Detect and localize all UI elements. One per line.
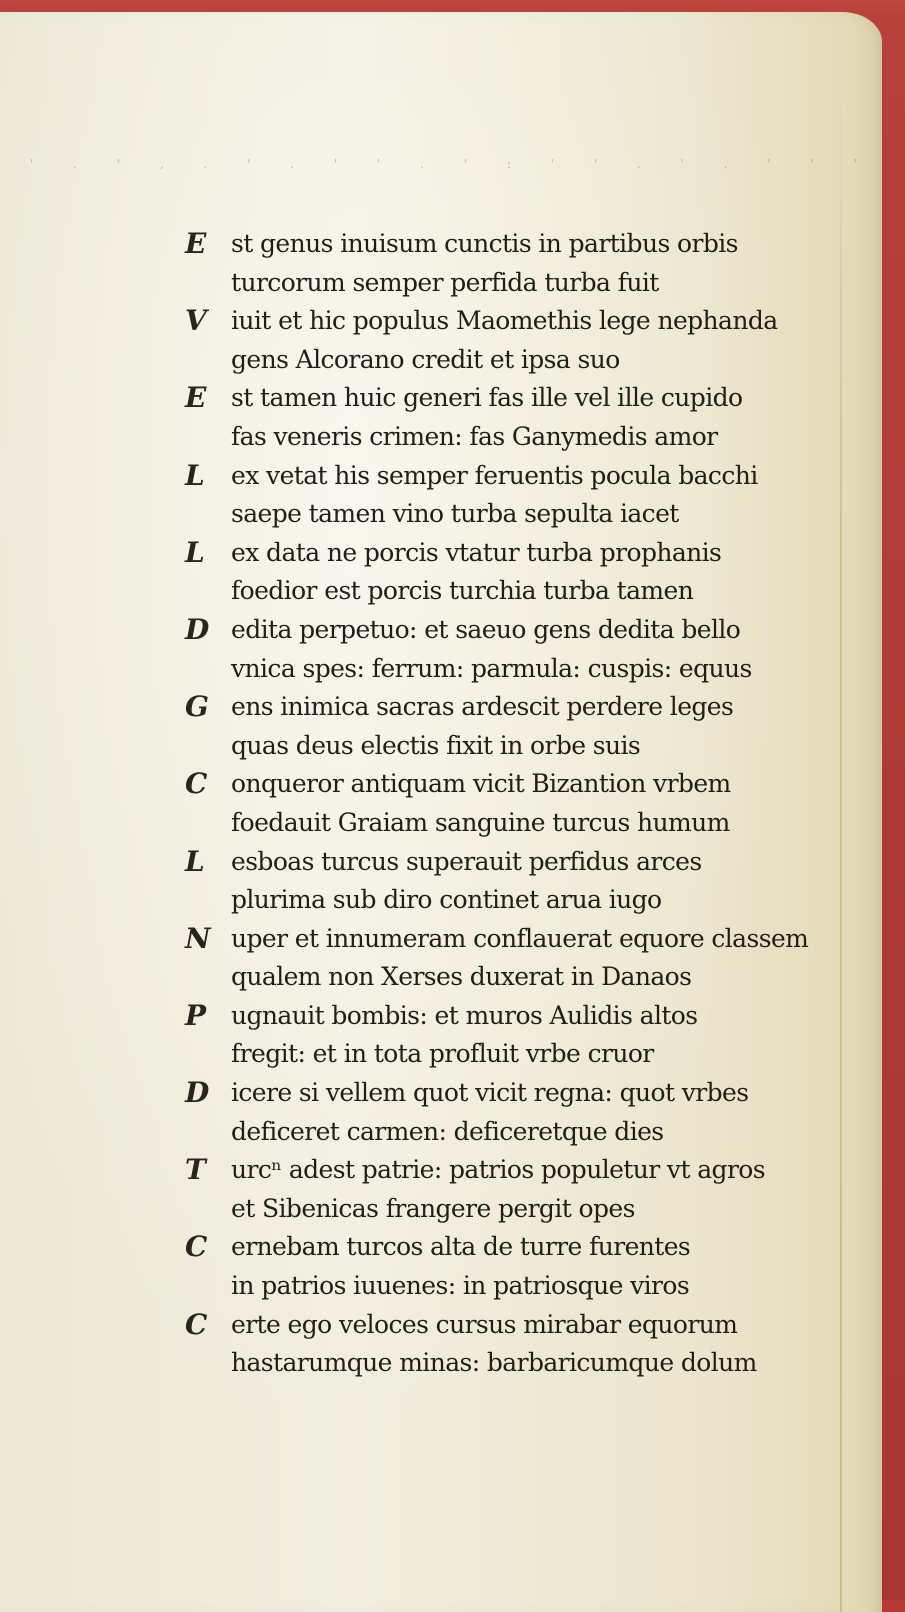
verse-text: vnica spes: ferrum: parmula: cuspis: equ… bbox=[231, 650, 752, 689]
verse-text: st tamen huic generi fas ille vel ille c… bbox=[231, 379, 742, 418]
initial-letter: N bbox=[185, 920, 225, 959]
initial-letter: P bbox=[185, 997, 225, 1036]
verse-text: qualem non Xerses duxerat in Danaos bbox=[231, 958, 691, 997]
verse-line-pentameter: saepe tamen vino turba sepulta iacet bbox=[185, 495, 825, 534]
verse-line-pentameter: turcorum semper perfida turba fuit bbox=[185, 264, 825, 303]
verse-line-pentameter: plurima sub diro continet arua iugo bbox=[185, 881, 825, 920]
verse-block: Est genus inuisum cunctis in partibus or… bbox=[185, 225, 825, 1383]
page-edge-shadow bbox=[840, 72, 842, 1600]
verse-text: iuit et hic populus Maomethis lege nepha… bbox=[231, 302, 778, 341]
verse-line-hexameter: Lesboas turcus superauit perfidus arces bbox=[185, 843, 825, 882]
verse-text: ernebam turcos alta de turre furentes bbox=[231, 1228, 690, 1267]
verse-line-hexameter: Est genus inuisum cunctis in partibus or… bbox=[185, 225, 825, 264]
verse-text: saepe tamen vino turba sepulta iacet bbox=[231, 495, 679, 534]
verse-text: deficeret carmen: deficeretque dies bbox=[231, 1113, 664, 1152]
verse-text: erte ego veloces cursus mirabar equorum bbox=[231, 1306, 737, 1345]
verse-text: ens inimica sacras ardescit perdere lege… bbox=[231, 688, 733, 727]
verse-text: st genus inuisum cunctis in partibus orb… bbox=[231, 225, 738, 264]
verse-line-hexameter: Pugnauit bombis: et muros Aulidis altos bbox=[185, 997, 825, 1036]
verse-text: icere si vellem quot vicit regna: quot v… bbox=[231, 1074, 748, 1113]
verse-line-hexameter: Dicere si vellem quot vicit regna: quot … bbox=[185, 1074, 825, 1113]
verse-text: gens Alcorano credit et ipsa suo bbox=[231, 341, 620, 380]
verse-text: plurima sub diro continet arua iugo bbox=[231, 881, 661, 920]
verse-text: fas veneris crimen: fas Ganymedis amor bbox=[231, 418, 718, 457]
verse-line-pentameter: foedior est porcis turchia turba tamen bbox=[185, 572, 825, 611]
verse-text: foedauit Graiam sanguine turcus humum bbox=[231, 804, 730, 843]
verse-text: onqueror antiquam vicit Bizantion vrbem bbox=[231, 765, 731, 804]
verse-line-hexameter: Nuper et innumeram conflauerat equore cl… bbox=[185, 920, 825, 959]
verse-text: ugnauit bombis: et muros Aulidis altos bbox=[231, 997, 697, 1036]
verse-line-pentameter: foedauit Graiam sanguine turcus humum bbox=[185, 804, 825, 843]
verse-line-hexameter: Certe ego veloces cursus mirabar equorum bbox=[185, 1306, 825, 1345]
initial-letter: C bbox=[185, 765, 225, 804]
initial-letter: L bbox=[185, 534, 225, 573]
initial-letter: D bbox=[185, 1074, 225, 1113]
verse-text: edita perpetuo: et saeuo gens dedita bel… bbox=[231, 611, 740, 650]
verse-line-pentameter: vnica spes: ferrum: parmula: cuspis: equ… bbox=[185, 650, 825, 689]
verse-line-hexameter: Turcⁿ adest patrie: patrios populetur vt… bbox=[185, 1151, 825, 1190]
verse-line-hexameter: Est tamen huic generi fas ille vel ille … bbox=[185, 379, 825, 418]
verse-text: urcⁿ adest patrie: patrios populetur vt … bbox=[231, 1151, 765, 1190]
initial-letter: E bbox=[185, 379, 225, 418]
initial-letter: V bbox=[185, 302, 225, 341]
verse-line-hexameter: Lex data ne porcis vtatur turba prophani… bbox=[185, 534, 825, 573]
verse-line-pentameter: in patrios iuuenes: in patriosque viros bbox=[185, 1267, 825, 1306]
initial-letter: L bbox=[185, 457, 225, 496]
verse-text: quas deus electis fixit in orbe suis bbox=[231, 727, 640, 766]
verse-text: in patrios iuuenes: in patriosque viros bbox=[231, 1267, 689, 1306]
verse-line-pentameter: fas veneris crimen: fas Ganymedis amor bbox=[185, 418, 825, 457]
initial-letter: C bbox=[185, 1306, 225, 1345]
verse-line-hexameter: Conqueror antiquam vicit Bizantion vrbem bbox=[185, 765, 825, 804]
show-through-marks: ' . ' , . ' . ' ' . ' : ' ' . ' . ' ' ' bbox=[30, 157, 860, 197]
verse-text: et Sibenicas frangere pergit opes bbox=[231, 1190, 635, 1229]
initial-letter: T bbox=[185, 1151, 225, 1190]
verse-text: esboas turcus superauit perfidus arces bbox=[231, 843, 702, 882]
verse-line-pentameter: hastarumque minas: barbaricumque dolum bbox=[185, 1344, 825, 1383]
verse-text: uper et innumeram conflauerat equore cla… bbox=[231, 920, 808, 959]
initial-letter: L bbox=[185, 843, 225, 882]
verse-text: foedior est porcis turchia turba tamen bbox=[231, 572, 693, 611]
verse-line-pentameter: qualem non Xerses duxerat in Danaos bbox=[185, 958, 825, 997]
verse-line-pentameter: fregit: et in tota profluit vrbe cruor bbox=[185, 1035, 825, 1074]
initial-letter: E bbox=[185, 225, 225, 264]
verse-line-pentameter: deficeret carmen: deficeretque dies bbox=[185, 1113, 825, 1152]
verse-line-hexameter: Dedita perpetuo: et saeuo gens dedita be… bbox=[185, 611, 825, 650]
verse-text: ex vetat his semper feruentis pocula bac… bbox=[231, 457, 758, 496]
verse-line-pentameter: et Sibenicas frangere pergit opes bbox=[185, 1190, 825, 1229]
initial-letter: C bbox=[185, 1228, 225, 1267]
verse-text: turcorum semper perfida turba fuit bbox=[231, 264, 659, 303]
verse-line-hexameter: Cernebam turcos alta de turre furentes bbox=[185, 1228, 825, 1267]
verse-line-pentameter: quas deus electis fixit in orbe suis bbox=[185, 727, 825, 766]
verse-text: fregit: et in tota profluit vrbe cruor bbox=[231, 1035, 654, 1074]
verse-line-pentameter: gens Alcorano credit et ipsa suo bbox=[185, 341, 825, 380]
verse-line-hexameter: Gens inimica sacras ardescit perdere leg… bbox=[185, 688, 825, 727]
verse-text: hastarumque minas: barbaricumque dolum bbox=[231, 1344, 757, 1383]
verse-line-hexameter: Lex vetat his semper feruentis pocula ba… bbox=[185, 457, 825, 496]
initial-letter: D bbox=[185, 611, 225, 650]
verse-text: ex data ne porcis vtatur turba prophanis bbox=[231, 534, 721, 573]
verse-line-hexameter: Viuit et hic populus Maomethis lege neph… bbox=[185, 302, 825, 341]
initial-letter: G bbox=[185, 688, 225, 727]
